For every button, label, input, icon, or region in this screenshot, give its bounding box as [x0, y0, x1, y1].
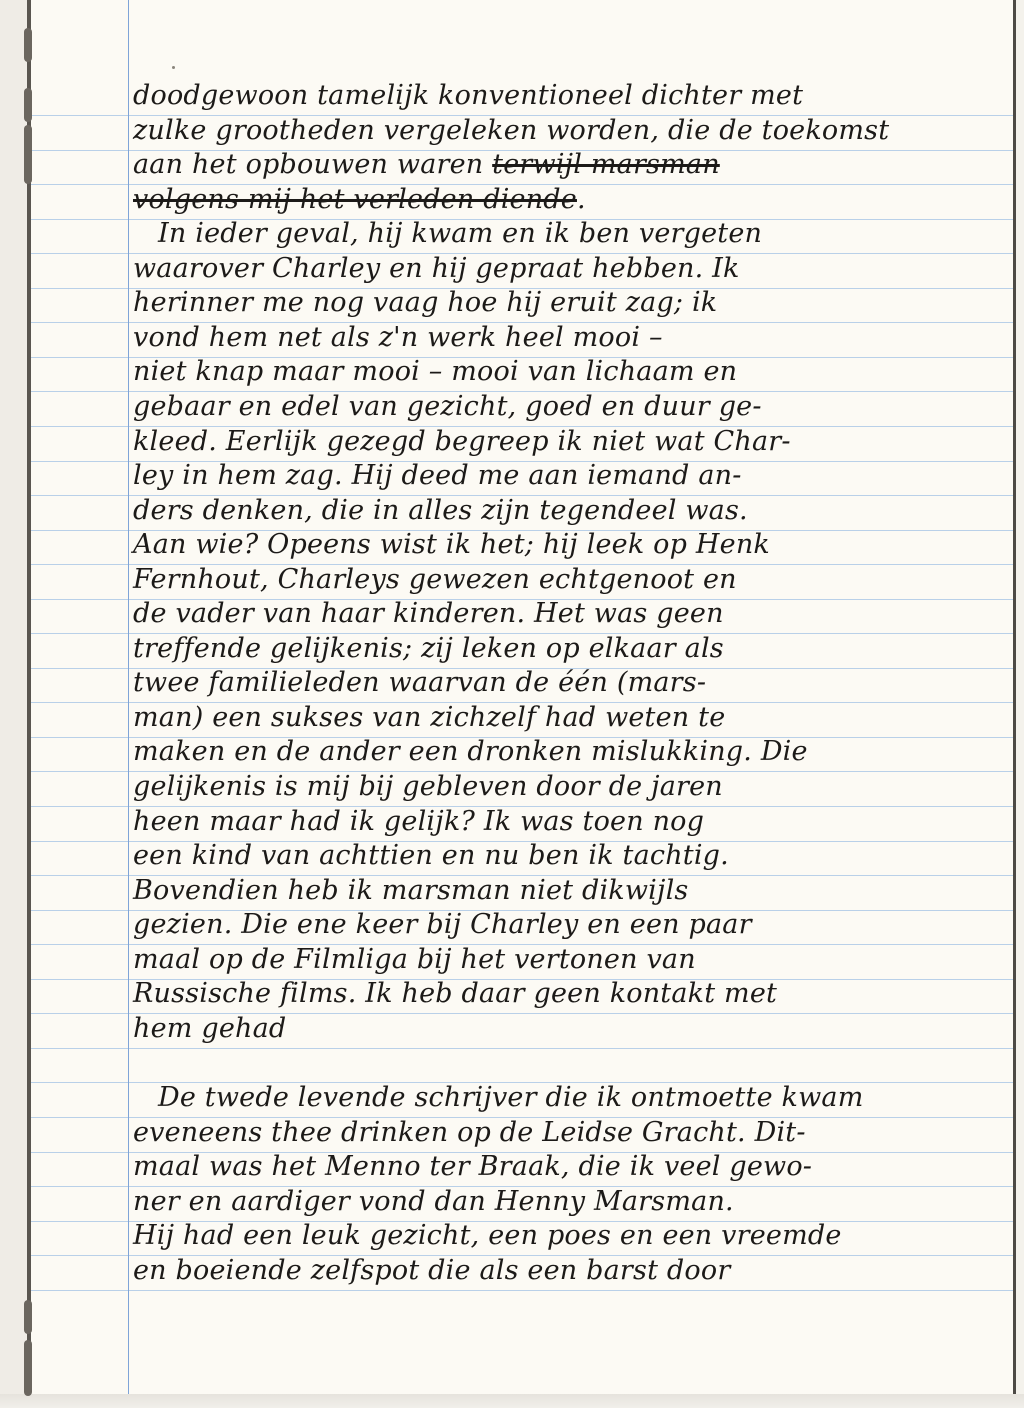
text-segment: Bovendien heb ik marsman niet dikwijls: [133, 875, 688, 906]
text-segment: man) een sukses van zichzelf had weten t…: [133, 702, 725, 733]
text-segment: ders denken, die in alles zijn tegendeel…: [133, 495, 748, 526]
manuscript-line: ner en aardiger vond dan Henny Marsman.: [133, 1185, 734, 1219]
binding-hole: [24, 1300, 32, 1334]
manuscript-line: Fernhout, Charleys gewezen echtgenoot en: [133, 563, 737, 597]
text-segment: eveneens thee drinken op de Leidse Grach…: [133, 1117, 806, 1148]
text-segment: Hij had een leuk gezicht, een poes en ee…: [133, 1220, 842, 1251]
manuscript-line: Bovendien heb ik marsman niet dikwijls: [133, 874, 688, 908]
text-segment: ley in hem zag. Hij deed me aan iemand a…: [133, 460, 742, 491]
text-segment: de vader van haar kinderen. Het was geen: [133, 598, 724, 629]
text-segment: gebaar en edel van gezicht, goed en duur…: [133, 391, 762, 422]
manuscript-line: aan het opbouwen waren terwijl marsman: [133, 148, 720, 182]
text-segment: treffende gelijkenis; zij leken op elkaa…: [133, 633, 724, 664]
manuscript-line: gebaar en edel van gezicht, goed en duur…: [133, 390, 762, 424]
manuscript-line: doodgewoon tamelijk konventioneel dichte…: [133, 79, 803, 113]
manuscript-line: Aan wie? Opeens wist ik het; hij leek op…: [133, 528, 770, 562]
manuscript-line: de vader van haar kinderen. Het was geen: [133, 597, 724, 631]
text-segment: maken en de ander een dronken mislukking…: [133, 736, 808, 767]
text-segment: In ieder geval, hij kwam en ik ben verge…: [158, 218, 762, 249]
manuscript-line: kleed. Eerlijk gezegd begreep ik niet wa…: [133, 425, 791, 459]
text-segment: en boeiende zelfspot die als een barst d…: [133, 1255, 730, 1286]
text-segment: herinner me nog vaag hoe hij eruit zag; …: [133, 287, 717, 318]
binding-hole: [24, 88, 32, 122]
page-right-edge: [1013, 0, 1016, 1394]
manuscript-line: eveneens thee drinken op de Leidse Grach…: [133, 1116, 806, 1150]
manuscript-line: In ieder geval, hij kwam en ik ben verge…: [158, 217, 762, 251]
text-segment: gezien. Die ene keer bij Charley en een …: [133, 909, 752, 940]
manuscript-line: zulke grootheden vergeleken worden, die …: [133, 114, 889, 148]
text-segment: zulke grootheden vergeleken worden, die …: [133, 115, 889, 146]
text-segment: maal was het Menno ter Braak, die ik vee…: [133, 1151, 812, 1182]
next-page-edge: [1016, 0, 1024, 1394]
text-segment: De twede levende schrijver die ik ontmoe…: [158, 1082, 864, 1113]
text-segment: hem gehad: [133, 1013, 286, 1044]
text-segment: twee familieleden waarvan de één (mars-: [133, 667, 706, 698]
manuscript-line: ders denken, die in alles zijn tegendeel…: [133, 494, 748, 528]
text-segment: heen maar had ik gelijk? Ik was toen nog: [133, 806, 704, 837]
manuscript-line: ley in hem zag. Hij deed me aan iemand a…: [133, 459, 742, 493]
text-segment: aan het opbouwen waren: [133, 149, 492, 180]
struck-text: terwijl marsman: [492, 149, 720, 180]
scan-bottom-edge: [0, 1394, 1024, 1408]
manuscript-line: niet knap maar mooi – mooi van lichaam e…: [133, 355, 737, 389]
manuscript-line: man) een sukses van zichzelf had weten t…: [133, 701, 725, 735]
manuscript-line: hem gehad: [133, 1012, 286, 1046]
text-segment: gelijkenis is mij bij gebleven door de j…: [133, 771, 723, 802]
text-segment: ner en aardiger vond dan Henny Marsman.: [133, 1186, 734, 1217]
manuscript-line: vond hem net als z'n werk heel mooi –: [133, 321, 663, 355]
manuscript-line: twee familieleden waarvan de één (mars-: [133, 666, 706, 700]
text-segment: waarover Charley en hij gepraat hebben. …: [133, 253, 740, 284]
binding-hole: [24, 150, 32, 184]
binding-hole: [24, 1362, 32, 1396]
text-segment: Aan wie? Opeens wist ik het; hij leek op…: [133, 529, 770, 560]
text-segment: .: [577, 184, 586, 215]
manuscript-line: Hij had een leuk gezicht, een poes en ee…: [133, 1219, 842, 1253]
manuscript-line: maken en de ander een dronken mislukking…: [133, 735, 808, 769]
manuscript-line: herinner me nog vaag hoe hij eruit zag; …: [133, 286, 717, 320]
text-segment: Russische films. Ik heb daar geen kontak…: [133, 978, 777, 1009]
manuscript-line: waarover Charley en hij gepraat hebben. …: [133, 252, 740, 286]
manuscript-line: volgens mij het verleden diende.: [133, 183, 586, 217]
manuscript-line: heen maar had ik gelijk? Ik was toen nog: [133, 805, 704, 839]
text-segment: Fernhout, Charleys gewezen echtgenoot en: [133, 564, 737, 595]
manuscript-line: treffende gelijkenis; zij leken op elkaa…: [133, 632, 724, 666]
manuscript-line: en boeiende zelfspot die als een barst d…: [133, 1254, 730, 1288]
ruled-line: [31, 1290, 1013, 1291]
manuscript-line: maal was het Menno ter Braak, die ik vee…: [133, 1150, 812, 1184]
manuscript-line: maal op de Filmliga bij het vertonen van: [133, 943, 696, 977]
binding-hole: [24, 28, 32, 62]
text-segment: doodgewoon tamelijk konventioneel dichte…: [133, 80, 803, 111]
manuscript-line: een kind van achttien en nu ben ik tacht…: [133, 839, 729, 873]
manuscript-line: De twede levende schrijver die ik ontmoe…: [158, 1081, 864, 1115]
binding-edge: [27, 0, 31, 1394]
text-segment: een kind van achttien en nu ben ik tacht…: [133, 840, 729, 871]
ruled-line: [31, 1048, 1013, 1049]
paper-speck: [172, 66, 175, 69]
manuscript-line: gelijkenis is mij bij gebleven door de j…: [133, 770, 723, 804]
text-segment: kleed. Eerlijk gezegd begreep ik niet wa…: [133, 426, 791, 457]
text-segment: maal op de Filmliga bij het vertonen van: [133, 944, 696, 975]
text-segment: niet knap maar mooi – mooi van lichaam e…: [133, 356, 737, 387]
manuscript-line: Russische films. Ik heb daar geen kontak…: [133, 977, 777, 1011]
margin-line: [128, 0, 129, 1394]
struck-text: volgens mij het verleden diende: [133, 184, 577, 215]
manuscript-line: gezien. Die ene keer bij Charley en een …: [133, 908, 752, 942]
text-segment: vond hem net als z'n werk heel mooi –: [133, 322, 663, 353]
